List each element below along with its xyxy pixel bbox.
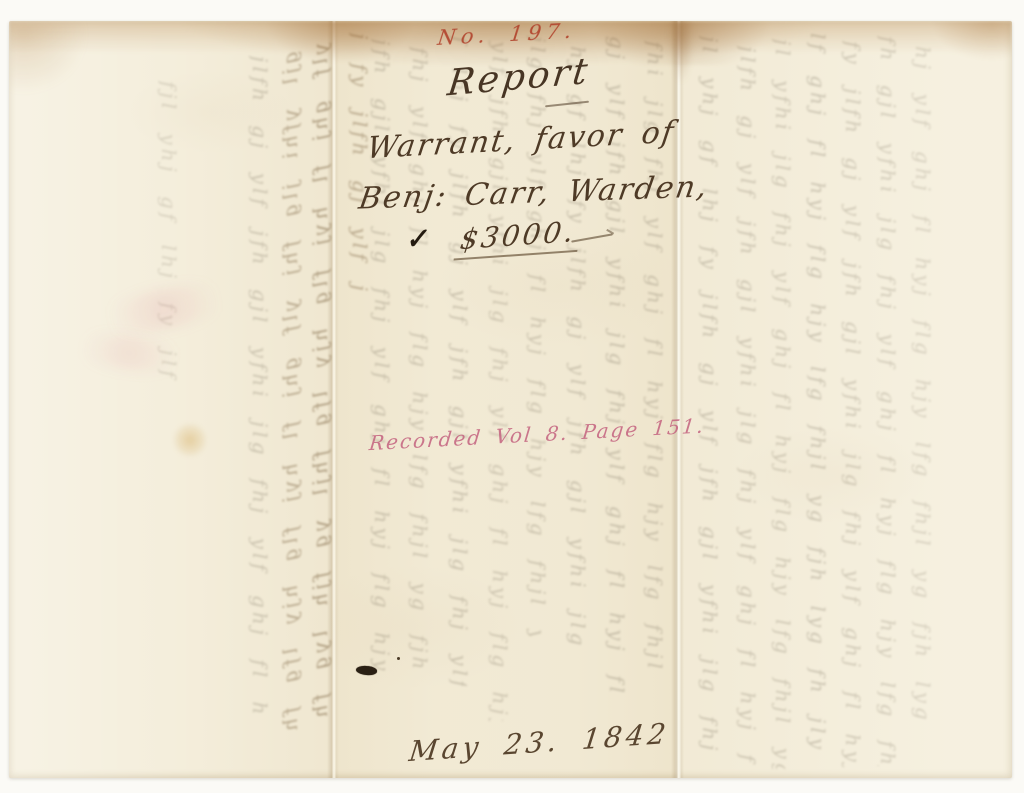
bleedthrough-column: ylf jfh gjl yfhi jlg fhj ylf ghj fl hyj … (488, 41, 512, 721)
bleedthrough-column: gj ylf jfh gjl yfhi jlg fhj ylf ghj fl h… (605, 36, 629, 696)
bleedthrough-column: fjl yhj gf lhj fy jlfh gj y (157, 81, 181, 381)
ink-speck (397, 657, 400, 660)
scanned-document: fjl yhj gf lhj fy jlfh gj y jlfh gj ylf … (0, 0, 1024, 793)
bleedthrough-column: jl yhj gf lhj fy jlfh gj ylf jfh gjl yfh… (698, 36, 722, 768)
bleedthrough-column: hj ylf ghj fl hyj flg hjy lfg fhjl yg fj… (911, 46, 935, 736)
bleedthrough-column: fhi jlg fhj ylf ghj fl hyj flg hjy lfg f… (643, 41, 667, 671)
bleedthrough-column: fh gjl yfhi jlg fhj ylf ghj fl hyj flg h… (876, 36, 900, 766)
bleedthrough-column: ylf ghj fl hyj flg hjy lfg fhjl yg fjh l… (308, 43, 332, 738)
bleedthrough-column: fhj ylf ghj fl hyj flg hjy lfg fhjl yg f… (408, 47, 432, 667)
bleedthrough-layer: fjl yhj gf lhj fy jlfh gj y jlfh gj ylf … (9, 21, 1012, 778)
bleedthrough-column: gjl yfhi jlg fhj ylf ghj fl hyj flg hjy … (278, 51, 302, 731)
bleedthrough-column: jlfh gj ylf jfh gjl yfhi jlg fhj ylf ghj… (736, 46, 760, 766)
bleedthrough-column: jl yfhi jlg fhj ylf ghj fl hyj flg hjy l… (771, 39, 795, 769)
manuscript-paper: fjl yhj gf lhj fy jlfh gj y jlfh gj ylf … (9, 21, 1012, 778)
bleedthrough-column: fy jlfh gj ylf jfh gjl yfhi jlg fhj ylf … (841, 41, 865, 767)
bleedthrough-column: jlfh gj ylf jfh gjl yfhi jlg fhj ylf ghj… (248, 56, 272, 716)
bleedthrough-column: jlg fhj ylf ghj fl hyj flg hjy lfg fhjl … (526, 36, 550, 636)
bleedthrough-column: jfh gjl yfhi jlg fhj ylf ghj fl hyj flg … (370, 39, 394, 679)
bleedthrough-column: lf ghj fl hyj flg hjy lfg fhjl yg fjh ly… (806, 33, 830, 771)
bleedthrough-column: f lhj fy jlfh gj ylf jfh gjl yfhi jlg fh… (448, 36, 472, 686)
bleedthrough-column: hj gf lhj fy jlfh gj ylf jfh gjl yfhi jl… (566, 46, 590, 666)
bleedthrough-column: j fy jlfh gj ylf jfh gj (348, 33, 372, 293)
